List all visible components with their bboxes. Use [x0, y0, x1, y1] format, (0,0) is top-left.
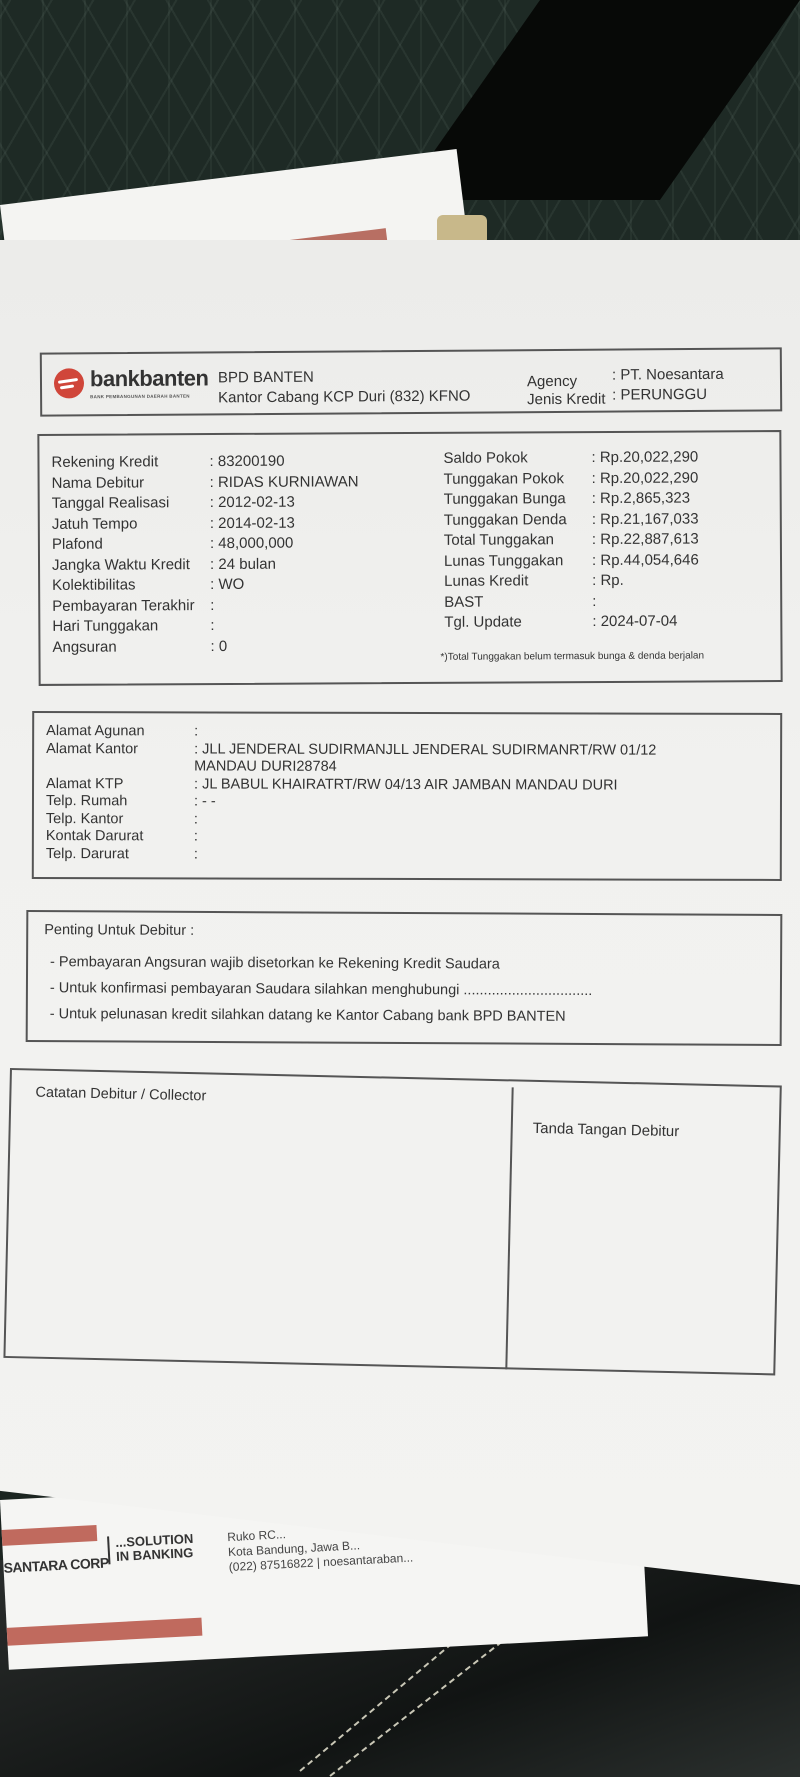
field-label: BAST: [444, 593, 483, 610]
field-label: Jangka Waktu Kredit: [52, 556, 190, 574]
field-label: Tgl. Update: [444, 613, 522, 630]
logo-subtitle: BANK PEMBANGUNAN DAERAH BANTEN: [90, 394, 190, 400]
field-value: : Rp.: [592, 572, 624, 589]
total-note: *)Total Tunggakan belum termasuk bunga &…: [440, 650, 704, 662]
field-label: Saldo Pokok: [443, 449, 527, 466]
loan-details-box: Rekening Kredit: 83200190Nama Debitur: R…: [37, 430, 782, 686]
field-label: Nama Debitur: [52, 474, 145, 491]
field-label: Telp. Kantor: [46, 811, 123, 827]
field-value: : RIDAS KURNIAWAN: [210, 473, 359, 491]
field-label: Kolektibilitas: [52, 576, 135, 593]
field-label: Angsuran: [52, 638, 116, 655]
field-value: : 83200190: [209, 453, 284, 470]
footer-tagline: ...SOLUTION IN BANKING: [107, 1532, 194, 1564]
agency-value: : PT. Noesantara: [612, 366, 724, 384]
info-title: Penting Untuk Debitur :: [44, 922, 194, 939]
field-label: Pembayaran Terakhir: [52, 597, 194, 615]
field-value: : Rp.44,054,646: [592, 551, 699, 569]
field-label: Hari Tunggakan: [52, 617, 158, 635]
info-bullet: - Untuk pelunasan kredit silahkan datang…: [50, 1006, 566, 1025]
field-value: : Rp.20,022,290: [591, 448, 698, 466]
field-value: : Rp.20,022,290: [592, 469, 699, 487]
field-value: : 0: [210, 637, 227, 654]
signature-label: Tanda Tangan Debitur: [533, 1120, 680, 1140]
branch-name: Kantor Cabang KCP Duri (832) KFNO: [218, 388, 470, 407]
field-value: : Rp.22,887,613: [592, 530, 699, 548]
field-label: Telp. Darurat: [46, 846, 129, 862]
field-value: : 48,000,000: [210, 535, 294, 552]
field-value: : Rp.21,167,033: [592, 510, 699, 528]
field-value: :: [210, 617, 214, 634]
field-value: : JLL JENDERAL SUDIRMANJLL JENDERAL SUDI…: [194, 741, 656, 758]
field-label: Total Tunggakan: [444, 531, 554, 549]
field-value: : 2024-07-04: [592, 613, 677, 630]
jenis-kredit-label: Jenis Kredit: [527, 391, 605, 409]
field-value: :: [194, 811, 198, 827]
field-value: : - -: [194, 793, 216, 809]
field-label: Rekening Kredit: [51, 453, 158, 471]
field-label: Plafond: [52, 536, 103, 553]
address-box: Alamat Agunan:Alamat Kantor: JLL JENDERA…: [32, 711, 782, 881]
agency-label: Agency: [527, 373, 577, 390]
field-label: Tunggakan Denda: [444, 511, 567, 529]
field-label: Alamat Kantor: [46, 741, 138, 757]
notes-divider: [505, 1087, 513, 1369]
field-label: Alamat Agunan: [46, 723, 144, 739]
field-value: :: [194, 846, 198, 862]
logo-wordmark: bankbanten: [90, 365, 209, 392]
jenis-kredit-value: : PERUNGGU: [612, 386, 707, 404]
notes-label: Catatan Debitur / Collector: [35, 1085, 206, 1105]
field-label: Tanggal Realisasi: [52, 494, 170, 512]
field-value: : 2014-02-13: [210, 514, 295, 531]
field-value: :: [194, 828, 198, 844]
field-value: MANDAU DURI28784: [194, 758, 337, 774]
bank-name: BPD BANTEN: [218, 369, 314, 387]
footer-corp: SANTARA CORP: [3, 1554, 109, 1575]
field-label: Tunggakan Bunga: [444, 490, 566, 508]
field-label: Kontak Darurat: [46, 828, 144, 844]
field-label: Tunggakan Pokok: [444, 470, 564, 488]
field-value: : Rp.2,865,323: [592, 490, 691, 508]
field-value: : 2012-02-13: [210, 494, 295, 511]
field-label: Lunas Tunggakan: [444, 552, 563, 570]
field-value: : 24 bulan: [210, 555, 276, 572]
field-value: : WO: [210, 576, 244, 593]
info-bullet: - Untuk konfirmasi pembayaran Saudara si…: [50, 980, 592, 999]
info-box: Penting Untuk Debitur : - Pembayaran Ang…: [26, 910, 783, 1046]
field-label: Lunas Kredit: [444, 572, 528, 589]
field-label: Jatuh Tempo: [52, 515, 138, 532]
field-value: : JL BABUL KHAIRATRT/RW 04/13 AIR JAMBAN…: [194, 776, 618, 793]
bank-logo-icon: [54, 368, 84, 398]
info-bullet: - Pembayaran Angsuran wajib disetorkan k…: [50, 954, 500, 972]
field-value: :: [210, 597, 214, 614]
field-label: Alamat KTP: [46, 776, 123, 792]
field-value: :: [194, 723, 198, 739]
field-value: :: [592, 593, 596, 610]
field-label: Telp. Rumah: [46, 793, 127, 809]
notes-signature-box: Catatan Debitur / Collector Tanda Tangan…: [3, 1068, 781, 1375]
header-box: bankbanten BANK PEMBANGUNAN DAERAH BANTE…: [40, 347, 782, 416]
